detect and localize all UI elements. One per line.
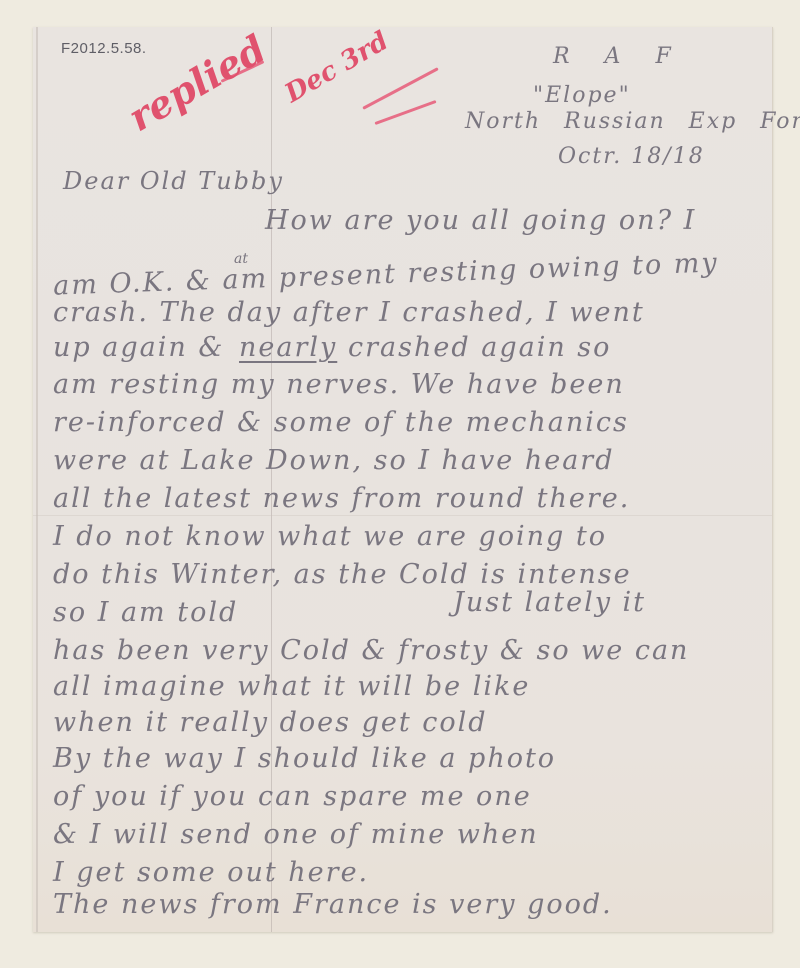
body-line-5: am resting my nerves. We have been — [53, 369, 625, 400]
letter-page: F2012.5.58. replied Dec 3rd R A F "Elope… — [33, 27, 773, 932]
underlined-word-nearly: nearly — [239, 332, 337, 363]
body-line-1: How are you all going on? I — [265, 205, 696, 236]
address-force: North Russian Exp Force — [465, 109, 800, 134]
body-line-10: do this Winter, as the Cold is intense — [53, 559, 632, 590]
body-line-4a: up again & — [53, 332, 224, 363]
body-line-4b: crashed again so — [348, 332, 611, 363]
body-line-6: re-inforced & some of the mechanics — [53, 407, 629, 438]
horizontal-fold-line — [33, 515, 772, 516]
body-line-13: all imagine what it will be like — [53, 671, 530, 702]
body-line-2: am O.K. & am present resting owing to my — [53, 247, 719, 301]
body-line-18: I get some out here. — [53, 857, 369, 888]
salutation: Dear Old Tubby — [63, 167, 284, 195]
body-line-7: were at Lake Down, so I have heard — [53, 445, 615, 476]
body-line-9: I do not know what we are going to — [53, 521, 607, 552]
body-line-12: has been very Cold & frosty & so we can — [53, 635, 689, 666]
body-line-16: of you if you can spare me one — [53, 781, 532, 812]
mount-background: F2012.5.58. replied Dec 3rd R A F "Elope… — [0, 0, 800, 968]
address-ship: "Elope" — [533, 83, 631, 108]
catalog-number: F2012.5.58. — [61, 40, 147, 57]
body-line-19: The news from France is very good. — [53, 889, 613, 920]
body-line-14: when it really does get cold — [53, 707, 488, 738]
body-line-11a: so I am told — [53, 597, 238, 628]
address-raf: R A F — [553, 44, 685, 69]
body-line-17: & I will send one of mine when — [53, 819, 539, 850]
body-line-8: all the latest news from round there. — [53, 483, 630, 514]
body-line-15: By the way I should like a photo — [53, 743, 556, 774]
body-line-11b: Just lately it — [453, 587, 646, 618]
red-annotation-date: Dec 3rd — [280, 26, 394, 109]
red-annotation-underline-2 — [374, 100, 436, 125]
letter-date: Octr. 18/18 — [558, 144, 705, 169]
body-line-3: crash. The day after I crashed, I went — [53, 297, 645, 328]
